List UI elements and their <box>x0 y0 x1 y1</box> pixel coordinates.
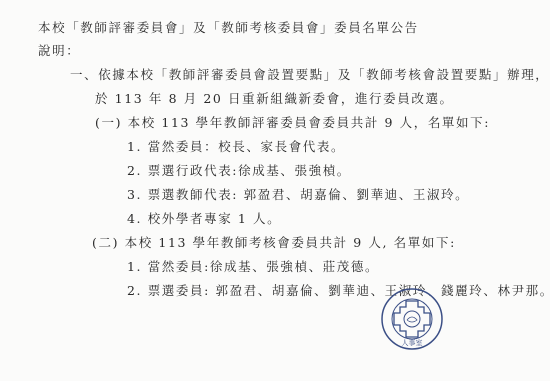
sub-1-item: 3. 票選教師代表: 郭盈君、胡嘉倫、劉華迪、王淑玲。 <box>127 187 469 203</box>
sub-2-heading: (二) 本校 113 學年教師考核會委員共計 9 人, 名單如下: <box>92 235 456 251</box>
explain-label: 說明： <box>38 43 80 59</box>
section-1-line-2: 於 113 年 8 月 20 日重新組織新委會，進行委員改選。 <box>95 91 454 107</box>
sub-2-item: 1. 當然委員:徐成基、張強楨、莊茂德。 <box>127 259 379 275</box>
sub-1-heading: (一) 本校 113 學年教師評審委員會委員共計 9 人，名單如下: <box>95 115 490 131</box>
seal-text: 人事室 <box>402 338 423 347</box>
document-title: 本校「教師評審委員會」及「教師考核委員會」委員名單公告 <box>38 20 419 36</box>
sub-1-item: 1. 當然委員：校長、家長會代表。 <box>127 139 345 155</box>
section-1-line-1: 一、依據本校「教師評審委員會設置要點」及「教師考核會設置要點」辦理， <box>70 67 549 83</box>
official-seal-icon: 人事室 <box>380 287 444 351</box>
sub-1-item: 4. 校外學者專家 1 人。 <box>127 211 281 227</box>
sub-1-item: 2. 票選行政代表:徐成基、張強楨。 <box>127 163 351 179</box>
sub-2-item: 2. 票選委員: 郭盈君、胡嘉倫、劉華迪、王淑玲、錢麗玲、林尹那。 <box>127 283 550 299</box>
